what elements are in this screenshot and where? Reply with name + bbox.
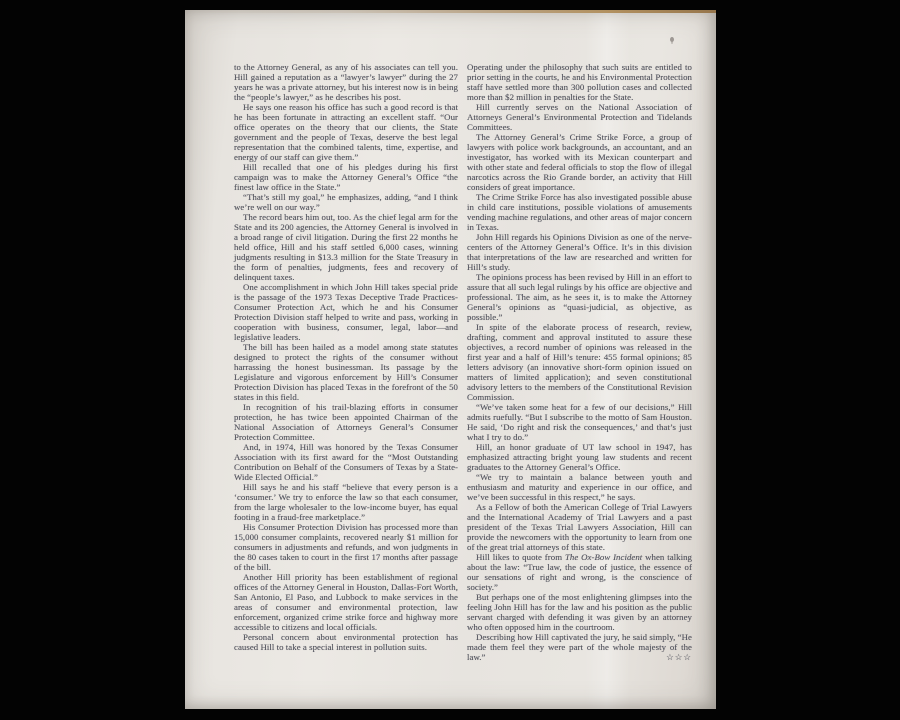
paragraph: Hill says he and his staff “believe that…	[234, 482, 458, 522]
book-title: The Ox-Bow Incident	[565, 552, 642, 562]
paragraph: In recognition of his trail-blazing effo…	[234, 402, 458, 442]
paragraph: “We’ve taken some heat for a few of our …	[467, 402, 692, 442]
paragraph: Hill, an honor graduate of UT law school…	[467, 442, 692, 472]
paragraph: Personal concern about environmental pro…	[234, 632, 458, 652]
paragraph-text: Hill likes to quote from	[476, 552, 565, 562]
paragraph: As a Fellow of both the American College…	[467, 502, 692, 552]
paragraph: And, in 1974, Hill was honored by the Te…	[234, 442, 458, 482]
paragraph: His Consumer Protection Division has pro…	[234, 522, 458, 572]
paragraph: Operating under the philosophy that such…	[467, 62, 692, 102]
paragraph: John Hill regards his Opinions Division …	[467, 232, 692, 272]
paragraph: “We try to maintain a balance between yo…	[467, 472, 692, 502]
left-column: to the Attorney General, as any of his a…	[234, 62, 458, 652]
paragraph: The opinions process has been revised by…	[467, 272, 692, 322]
paragraph: One accomplishment in which John Hill ta…	[234, 282, 458, 342]
article-end-stars: ☆☆☆	[657, 652, 692, 662]
right-column: Operating under the philosophy that such…	[467, 62, 692, 662]
paragraph: Hill likes to quote from The Ox-Bow Inci…	[467, 552, 692, 592]
photo-background: to the Attorney General, as any of his a…	[0, 0, 900, 720]
paragraph: Hill currently serves on the National As…	[467, 102, 692, 132]
magazine-page: to the Attorney General, as any of his a…	[185, 10, 716, 709]
paper-speck	[670, 37, 674, 42]
paragraph: The Crime Strike Force has also investig…	[467, 192, 692, 232]
paragraph: He says one reason his office has such a…	[234, 102, 458, 162]
paragraph: to the Attorney General, as any of his a…	[234, 62, 458, 102]
paragraph: The Attorney General’s Crime Strike Forc…	[467, 132, 692, 192]
paragraph: The record bears him out, too. As the ch…	[234, 212, 458, 282]
paragraph: Hill recalled that one of his pledges du…	[234, 162, 458, 192]
paragraph: Another Hill priority has been establish…	[234, 572, 458, 632]
paragraph: But perhaps one of the most enlightening…	[467, 592, 692, 632]
paragraph: The bill has been hailed as a model amon…	[234, 342, 458, 402]
paragraph: Describing how Hill captivated the jury,…	[467, 632, 692, 662]
paragraph: “That’s still my goal,” he emphasizes, a…	[234, 192, 458, 212]
paragraph: In spite of the elaborate process of res…	[467, 322, 692, 402]
